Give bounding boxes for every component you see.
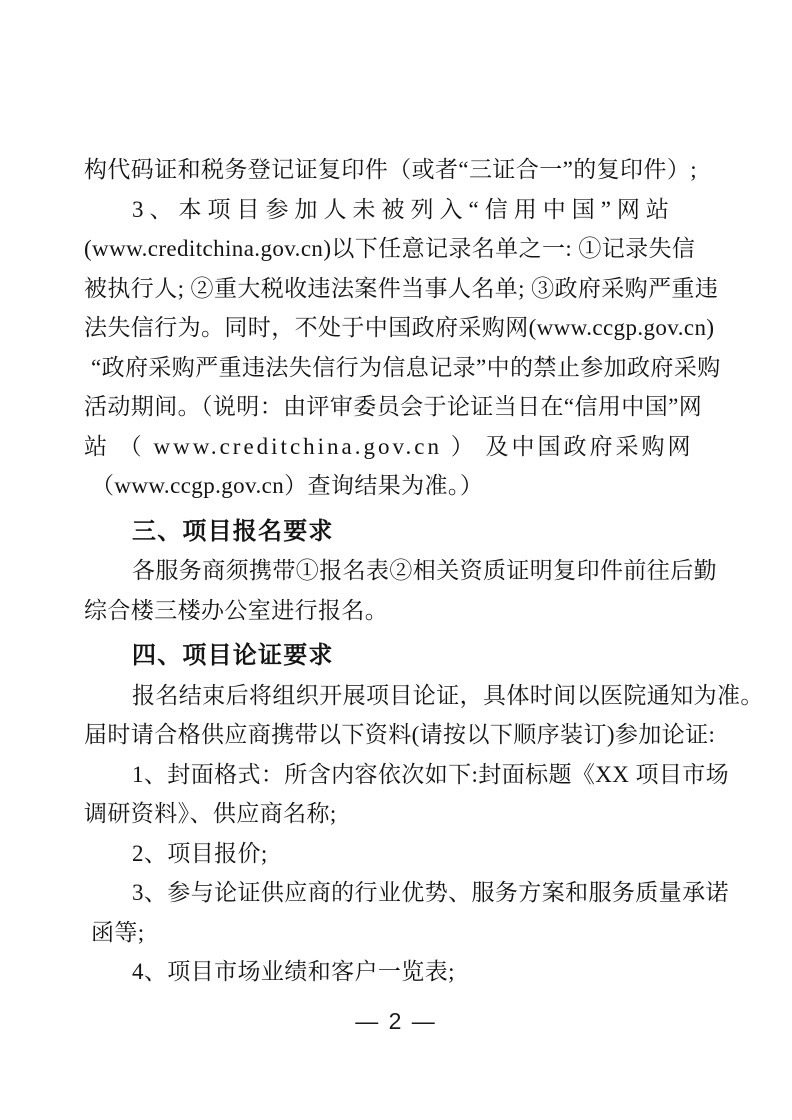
document-page: 构代码证和税务登记证复印件（或者“三证合一”的复印件）;3、本项目参加人未被列入… [0,0,792,1120]
text-line: 综合楼三楼办公室进行报名。 [84,591,712,631]
text-line: 函等; [91,913,712,953]
text-line: 报名结束后将组织开展项目论证，具体时间以医院通知为准。 [132,676,712,716]
text-line: 2、项目报价; [132,834,712,874]
text-line: （www.ccgp.gov.cn）查询结果为准。） [91,466,712,506]
section-heading: 三、项目报名要求 [132,512,712,552]
text-line: 各服务商须携带①报名表②相关资质证明复印件前往后勤 [132,551,712,591]
text-line: 法失信行为。同时，不处于中国政府采购网(www.ccgp.gov.cn) [84,308,712,348]
text-line: 调研资料》、供应商名称; [84,794,712,834]
text-line: 3、参与论证供应商的行业优势、服务方案和服务质量承诺 [132,873,712,913]
text-line: “政府采购严重违法失信行为信息记录”中的禁止参加政府采购 [91,348,712,388]
text-line: 3、本项目参加人未被列入“信用中国”网站 [132,190,712,230]
text-line: 届时请合格供应商携带以下资料(请按以下顺序装订)参加论证: [84,715,712,755]
section-heading: 四、项目论证要求 [132,636,712,676]
page-number: — 2 — [0,1008,792,1035]
text-line: 4、项目市场业绩和客户一览表; [132,952,712,992]
text-line: 构代码证和税务登记证复印件（或者“三证合一”的复印件）; [84,150,712,190]
text-line: 1、封面格式：所含内容依次如下:封面标题《XX 项目市场 [132,755,712,795]
document-body: 构代码证和税务登记证复印件（或者“三证合一”的复印件）;3、本项目参加人未被列入… [84,150,712,992]
text-line: (www.creditchina.gov.cn)以下任意记录名单之一: ①记录失… [84,229,712,269]
text-line: 站 （ www.creditchina.gov.cn ） 及中国政府采购网 [84,427,712,467]
text-line: 被执行人; ②重大税收违法案件当事人名单; ③政府采购严重违 [84,269,712,309]
text-line: 活动期间。（说明：由评审委员会于论证当日在“信用中国”网 [84,387,712,427]
